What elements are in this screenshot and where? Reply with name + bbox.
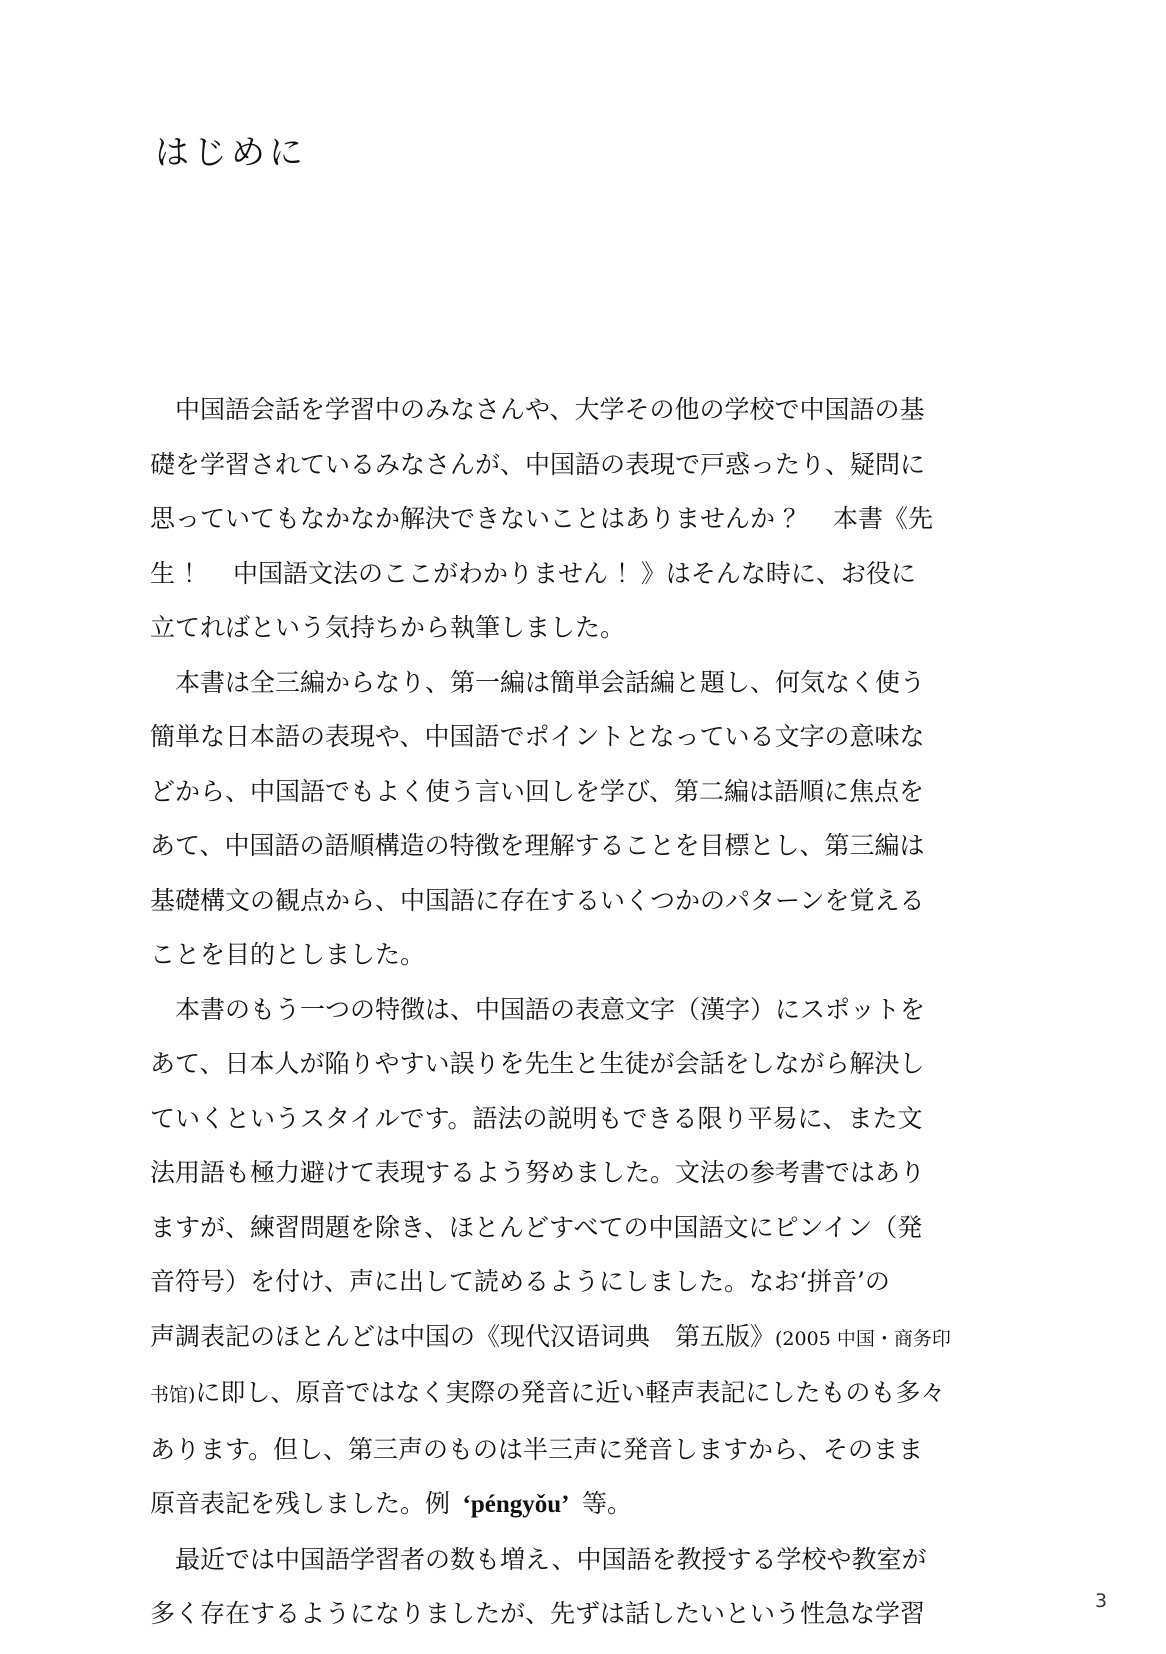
text-line: あて、中国語の語順構造の特徴を理解することを目標とし、第三編は <box>150 819 1030 874</box>
text-segment: 原音表記を残しました。例 <box>150 1489 450 1518</box>
text-line: 音符号）を付け、声に出して読めるようにしました。なお‘拼音’の <box>150 1255 1030 1310</box>
text-line: 生 ！ 中国語文法のここがわかりません ！》はそんな時に、お役に <box>150 547 1030 602</box>
text-line: 基礎構文の観点から、中国語に存在するいくつかのパターンを覚える <box>150 874 1030 929</box>
text-line: ますが、練習問題を除き、ほとんどすべての中国語文にピンイン（発 <box>150 1201 1030 1256</box>
pinyin-example: ‘péngyǒu’ <box>463 1491 570 1518</box>
page-title: はじめに <box>155 125 307 174</box>
text-line: 书馆)に即し、原音ではなく実際の発音に近い軽声表記にしたものも多々 <box>150 1366 1030 1423</box>
paragraph-1: 中国語会話を学習中のみなさんや、大学その他の学校で中国語の基 礎を学習されている… <box>150 383 1030 656</box>
text-line: 本書は全三編からなり、第一編は簡単会話編と題し、何気なく使う <box>150 656 1030 711</box>
text-line: あて、日本人が陥りやすい誤りを先生と生徒が会話をしながら解決し <box>150 1037 1030 1092</box>
text-line: ことを目的としました。 <box>150 928 1030 983</box>
text-line: 最近では中国語学習者の数も増え、中国語を教授する学校や教室が <box>150 1533 1030 1588</box>
text-line: 中国語会話を学習中のみなさんや、大学その他の学校で中国語の基 <box>150 383 1030 438</box>
text-segment: に即し、原音ではなく実際の発音に近い軽声表記にしたものも多々 <box>195 1378 945 1407</box>
text-line: 法用語も極力避けて表現するよう努めました。文法の参考書ではあり <box>150 1146 1030 1201</box>
text-line: 原音表記を残しました。例 ‘péngyǒu’ 等。 <box>150 1477 1030 1533</box>
text-line: あります。但し、第三声のものは半三声に発音しますから、そのまま <box>150 1423 1030 1478</box>
text-line: 思っていてもなかなか解決できないことはありませんか ？ 本書《先 <box>150 492 1030 547</box>
text-line: 声調表記のほとんどは中国の《现代汉语词典 第五版》(2005 中国・商务印 <box>150 1310 1030 1367</box>
text-segment: 声調表記のほとんどは中国の《现代汉语词典 第五版》 <box>150 1322 775 1351</box>
paragraph-2: 本書は全三編からなり、第一編は簡単会話編と題し、何気なく使う 簡単な日本語の表現… <box>150 656 1030 983</box>
body-text: 中国語会話を学習中のみなさんや、大学その他の学校で中国語の基 礎を学習されている… <box>150 383 1030 1642</box>
dictionary-note: (2005 中国・商务印 <box>775 1328 951 1350</box>
text-line: 本書のもう一つの特徴は、中国語の表意文字（漢字）にスポットを <box>150 983 1030 1038</box>
text-line: 簡単な日本語の表現や、中国語でポイントとなっている文字の意味な <box>150 710 1030 765</box>
paragraph-3: 本書のもう一つの特徴は、中国語の表意文字（漢字）にスポットを あて、日本人が陥り… <box>150 983 1030 1533</box>
page-number: 3 <box>1095 1590 1107 1612</box>
text-line: どから、中国語でもよく使う言い回しを学び、第二編は語順に焦点を <box>150 765 1030 820</box>
text-line: ていくというスタイルです。語法の説明もできる限り平易に、また文 <box>150 1092 1030 1147</box>
paragraph-4: 最近では中国語学習者の数も増え、中国語を教授する学校や教室が 多く存在するように… <box>150 1533 1030 1642</box>
text-line: 礎を学習されているみなさんが、中国語の表現で戸惑ったり、疑問に <box>150 438 1030 493</box>
dictionary-note: 书馆) <box>150 1384 195 1406</box>
text-line: 立てればという気持ちから執筆しました。 <box>150 601 1030 656</box>
text-line: 多く存在するようになりましたが、先ずは話したいという性急な学習 <box>150 1587 1030 1642</box>
text-segment: 等。 <box>582 1489 632 1518</box>
